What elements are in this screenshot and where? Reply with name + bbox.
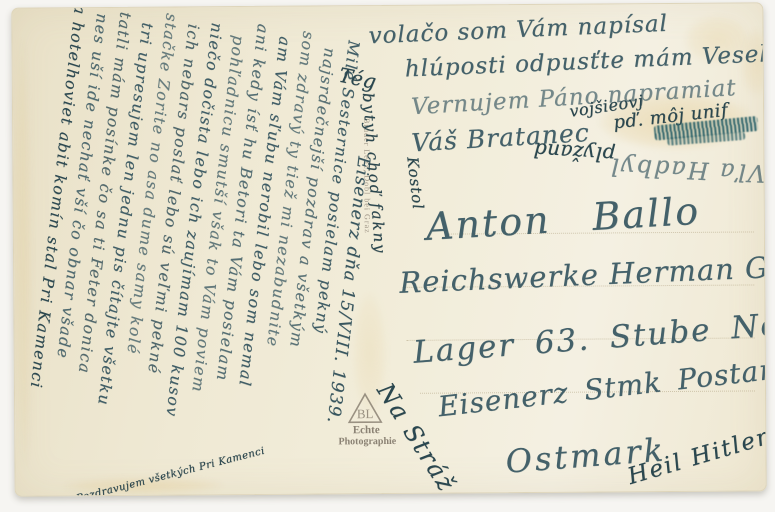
word-kostol: Kostol <box>403 156 427 211</box>
svg-text:BL: BL <box>357 406 374 421</box>
rotated-message-block: Eisenerz dňa 15/VIII. 1939.Milé Sesterni… <box>11 2 388 496</box>
postcard: Brüder Lenz, Dobl bei Graz BL Echte Phot… <box>11 2 766 496</box>
scanned-postcard-back: Brüder Lenz, Dobl bei Graz BL Echte Phot… <box>0 0 775 512</box>
greeting-line-1: volačo som Vám napísal <box>368 11 668 50</box>
address-employer: Reichswerke Herman Göring <box>399 247 767 300</box>
imprint-echte: Echte <box>345 424 387 436</box>
upside-down-note-b: Vľa Hadbyl <box>609 152 766 187</box>
upside-down-note-a: plyžand <box>533 138 617 167</box>
address-name: Anton Ballo <box>425 189 702 249</box>
